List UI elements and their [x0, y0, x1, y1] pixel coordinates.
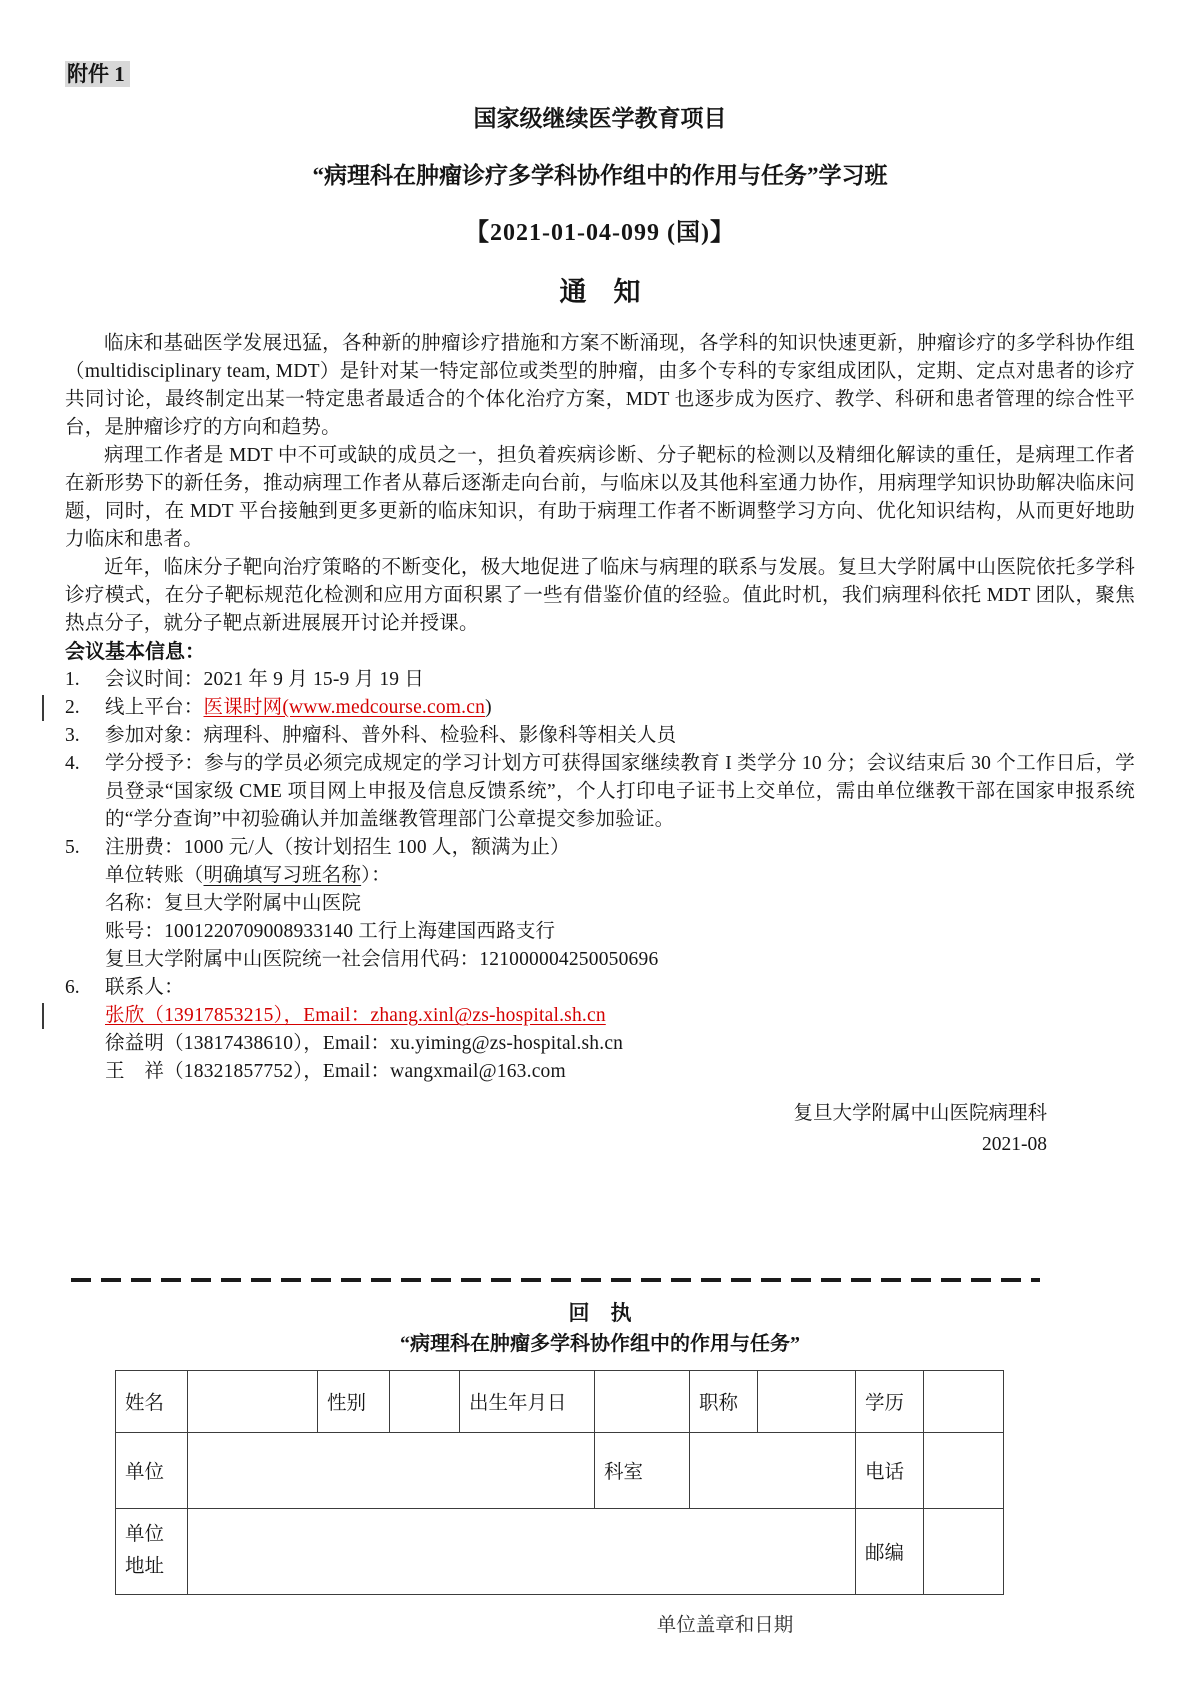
item-number: 1.	[65, 666, 105, 694]
label-name: 姓名	[116, 1370, 188, 1432]
medcourse-link[interactable]: 医课时网(www.medcourse.com.cn	[204, 697, 486, 718]
input-cell-unit	[188, 1432, 595, 1508]
meeting-info-list: 1. 会议时间：2021 年 9 月 15-9 月 19 日 2. 线上平台：医…	[65, 666, 1135, 1086]
label-postcode: 邮编	[856, 1508, 924, 1594]
signature-date: 2021-08	[65, 1129, 1047, 1160]
title-course: “病理科在肿瘤诊疗多学科协作组中的作用与任务”学习班	[65, 161, 1135, 191]
label-unit: 单位	[116, 1432, 188, 1508]
item-text: 联系人： 张欣（13917853215），Email：zhang.xinl@zs…	[105, 974, 1135, 1086]
transfer-prefix: 单位转账（	[105, 865, 204, 886]
contact-zhangxin: 张欣（13917853215），Email：zhang.xinl@zs-hosp…	[105, 1002, 1135, 1030]
input-cell-name	[188, 1370, 318, 1432]
input-cell-phone	[924, 1432, 1004, 1508]
input-cell-department	[690, 1432, 856, 1508]
label-phone: 电话	[856, 1432, 924, 1508]
fee-line: 注册费：1000 元/人（按计划招生 100 人，额满为止）	[105, 834, 1135, 862]
attachment-highlight: 附件 1	[65, 61, 130, 87]
item-number: 5.	[65, 834, 105, 974]
label-department: 科室	[595, 1432, 690, 1508]
label-unit-address-line2: 地址	[125, 1551, 181, 1583]
account-number-line: 账号：1001220709008933140 工行上海建国西路支行	[105, 918, 1135, 946]
item-number: 2.	[65, 694, 105, 722]
contact-xuyiming: 徐益明（13817438610），Email：xu.yiming@zs-hosp…	[105, 1030, 1135, 1058]
table-row-unit: 单位 科室 电话	[116, 1432, 1004, 1508]
title-project-code: 【2021-01-04-099 (国)】	[65, 218, 1135, 248]
input-cell-birthdate	[595, 1370, 690, 1432]
item-text: 学分授予：参与的学员必须完成规定的学习计划方可获得国家继续教育 I 类学分 10…	[105, 750, 1135, 834]
list-item-online-platform: 2. 线上平台：医课时网(www.medcourse.com.cn)	[65, 694, 1135, 722]
paragraph-recent-years: 近年，临床分子靶向治疗策略的不断变化，极大地促进了临床与病理的联系与发展。复旦大…	[65, 554, 1135, 638]
item-text: 会议时间：2021 年 9 月 15-9 月 19 日	[105, 666, 1135, 694]
contact-zhangxin-link[interactable]: 张欣（13917853215），Email：zhang.xinl@zs-hosp…	[105, 1005, 606, 1026]
item-number: 4.	[65, 750, 105, 834]
input-cell-gender	[390, 1370, 460, 1432]
input-cell-unit-address	[188, 1508, 856, 1594]
cut-line-dashed-divider	[71, 1278, 1040, 1282]
label-job-title: 职称	[690, 1370, 758, 1432]
platform-label: 线上平台：	[105, 697, 204, 718]
item-text: 注册费：1000 元/人（按计划招生 100 人，额满为止） 单位转账（明确填写…	[105, 834, 1135, 974]
list-item-participants: 3. 参加对象：病理科、肿瘤科、普外科、检验科、影像科等相关人员	[65, 722, 1135, 750]
table-row-personal: 姓名 性别 出生年月日 职称 学历	[116, 1370, 1004, 1432]
item-text: 参加对象：病理科、肿瘤科、普外科、检验科、影像科等相关人员	[105, 722, 1135, 750]
signature-org: 复旦大学附属中山医院病理科	[65, 1098, 1047, 1129]
item-number: 3.	[65, 722, 105, 750]
credit-code-line: 复旦大学附属中山医院统一社会信用代码：121000004250050696	[105, 946, 1135, 974]
platform-suffix: )	[485, 697, 492, 718]
input-cell-job-title	[758, 1370, 856, 1432]
label-unit-address-line1: 单位	[125, 1519, 181, 1551]
contact-wangxiang: 王 祥（18321857752），Email：wangxmail@163.com	[105, 1058, 1135, 1086]
contacts-label: 联系人：	[105, 974, 1135, 1002]
list-item-contacts: 6. 联系人： 张欣（13917853215），Email：zhang.xinl…	[65, 974, 1135, 1086]
reply-form-table: 姓名 性别 出生年月日 职称 学历 单位 科室 电话 单位 地址 邮编	[115, 1370, 1004, 1595]
account-name-line: 名称：复旦大学附属中山医院	[105, 890, 1135, 918]
label-gender: 性别	[318, 1370, 390, 1432]
label-unit-address: 单位 地址	[116, 1508, 188, 1594]
meeting-info-heading: 会议基本信息：	[65, 638, 1135, 666]
transfer-line: 单位转账（明确填写习班名称）：	[105, 862, 1135, 890]
reply-slip-subtitle: “病理科在肿瘤多学科协作组中的作用与任务”	[65, 1330, 1135, 1358]
item-number: 6.	[65, 974, 105, 1086]
label-birthdate: 出生年月日	[460, 1370, 595, 1432]
item-text: 线上平台：医课时网(www.medcourse.com.cn)	[105, 694, 1135, 722]
notice-body: 临床和基础医学发展迅猛，各种新的肿瘤诊疗措施和方案不断涌现，各学科的知识快速更新…	[65, 330, 1135, 638]
input-cell-postcode	[924, 1508, 1004, 1594]
paragraph-intro-mdt: 临床和基础医学发展迅猛，各种新的肿瘤诊疗措施和方案不断涌现，各学科的知识快速更新…	[65, 330, 1135, 442]
signature-block: 复旦大学附属中山医院病理科 2021-08	[65, 1098, 1135, 1160]
list-item-meeting-time: 1. 会议时间：2021 年 9 月 15-9 月 19 日	[65, 666, 1135, 694]
document-page: 附件 1 国家级继续医学教育项目 “病理科在肿瘤诊疗多学科协作组中的作用与任务”…	[0, 0, 1200, 1696]
attachment-label: 附件 1	[65, 60, 1135, 88]
list-item-credits: 4. 学分授予：参与的学员必须完成规定的学习计划方可获得国家继续教育 I 类学分…	[65, 750, 1135, 834]
paragraph-pathologist-role: 病理工作者是 MDT 中不可或缺的成员之一，担负着疾病诊断、分子靶标的检测以及精…	[65, 442, 1135, 554]
notice-heading: 通 知	[65, 274, 1135, 310]
reply-slip-heading: 回 执	[65, 1298, 1135, 1328]
table-row-address: 单位 地址 邮编	[116, 1508, 1004, 1594]
list-item-registration-fee: 5. 注册费：1000 元/人（按计划招生 100 人，额满为止） 单位转账（明…	[65, 834, 1135, 974]
stamp-and-date-note: 单位盖章和日期	[65, 1609, 1135, 1637]
transfer-note-underlined: 明确填写习班名称	[204, 865, 362, 886]
label-education: 学历	[856, 1370, 924, 1432]
input-cell-education	[924, 1370, 1004, 1432]
transfer-suffix: ）：	[361, 865, 391, 886]
title-project: 国家级继续医学教育项目	[65, 104, 1135, 134]
